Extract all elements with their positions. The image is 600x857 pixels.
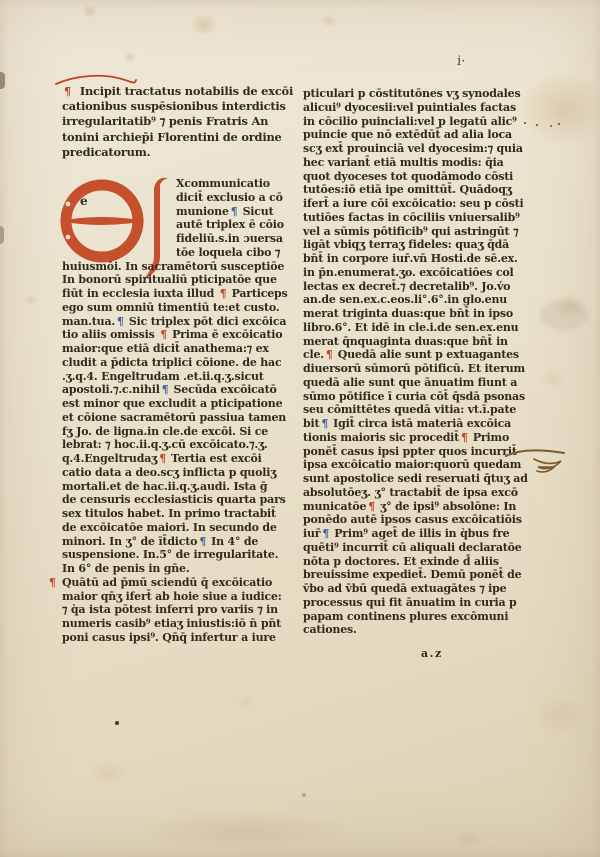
text-line: vel a sūmis pōtificib⁹ qui astringūt ⁊	[303, 225, 565, 239]
quire-signature: a.z	[421, 647, 443, 660]
text-line: an.de sen.ex.c.eos.li°.6°.in glo.enu	[303, 293, 565, 307]
text-line: scʒ ext̄ prouinciā vel dyocesim:⁊ quia	[303, 142, 565, 156]
text-line: huiusmōi. In sacramētorū susceptiōe	[62, 260, 304, 274]
text-line: Xcommunicatio	[176, 177, 304, 191]
text-line: cationibus suspēsionibus interdictis	[62, 99, 304, 114]
text-line: merat q̄nquaginta duas:que bn̄t̄ in	[303, 335, 565, 349]
text-line: fideliū.s.in ɔuersa	[176, 232, 304, 246]
text-line: .ʒ.q.4. Engeltrudam .et.ii.q.ʒ.sicut	[62, 370, 304, 384]
text-line: et cōione sacramētorū passiua tamen	[62, 411, 304, 425]
text-line: quēti⁹ incurrit̄ cū aliquali declaratōe	[303, 541, 565, 555]
text-line: fiūt in ecclesia iuxta illud ¶Particeps	[62, 287, 304, 301]
text-line: libro.6°. Et idē in cle.i.de sen.ex.enu	[303, 321, 565, 335]
pilcrow-blue: ¶	[320, 527, 334, 541]
text-line: dicit̄ exclusio a cō	[176, 191, 304, 205]
foxing-stain	[82, 4, 98, 18]
text-line: tio aliis omissis ¶Prima ē excōicatio	[62, 328, 304, 342]
pilcrow-blue: ¶	[319, 417, 333, 431]
text-line: cle.¶Quedā alie sunt p extuagantes	[303, 348, 565, 362]
pilcrow-red: ¶	[459, 431, 473, 445]
text-line: merat triginta duas:que bn̄t̄ in ipso	[303, 307, 565, 321]
text-line: in cōcilio puinciali:vel p legatū alic⁹	[303, 115, 565, 129]
incipit-heading: ¶ Incipit tractatus notabilis de excōica…	[62, 84, 304, 160]
manuscript-ink-note: i·	[456, 54, 465, 70]
text-line: numeris casib⁹ etiaʒ iniustis:iō n̄ pn̄t	[62, 617, 304, 631]
pilcrow-red: ¶	[366, 500, 380, 514]
text-line: quot dyoceses tot quodāmodo cōsti	[303, 170, 565, 184]
text-line: pticulari p cōstitutōnes vʒ synodales	[303, 87, 565, 101]
foxing-stain	[124, 52, 136, 63]
pilcrow-red: ¶	[218, 287, 232, 301]
pilcrow-blue: ¶	[197, 535, 211, 549]
text-line: alicui⁹ dyocesii:vel puintiales factas	[303, 101, 565, 115]
text-line: est minor que excludit a pticipatione	[62, 397, 304, 411]
text-line: ponēt̄ casus ipsi ppter quos incurrit̄	[303, 445, 565, 459]
right-text-column: pticulari p cōstitutōnes vʒ synodalesali…	[303, 87, 565, 637]
text-line: puincie que nō extēdūt̄ ad alia loca	[303, 128, 565, 142]
text-line: ponēdo autē ipsos casus excōicatiōis	[303, 513, 565, 527]
text-line: ¶ Incipit tractatus notabilis de excōi	[62, 84, 304, 99]
foxing-stain	[138, 810, 353, 852]
text-line: breuissime expediet̄. Demū ponēt̄ de	[303, 568, 565, 582]
text-line: ligāt vbiqʒ terraʒ fideles: quaʒ q̄dā	[303, 238, 565, 252]
foxing-stain	[190, 14, 218, 36]
text-line: in p̄n.enumerat.ʒo. excōicatiōes col	[303, 266, 565, 280]
text-line: poni casus ipsi⁹. Qn̄q̄ infertur a iure	[62, 631, 304, 645]
text-line: lectas ex decret̄.⁊ decretalib⁹. Jo.v́o	[303, 280, 565, 294]
text-line: seu cōmittētes quedā vitia: vt.ī.pate	[303, 403, 565, 417]
text-line: sex titulos habet. In primo tractabit̄	[62, 507, 304, 521]
text-line: ifert̄ a iure cōi excōicatio: seu p cōst…	[303, 197, 565, 211]
text-line: maior qn̄ʒ ifert̄ ab hoie siue a iudice:	[62, 590, 304, 604]
text-line: bn̄t̄ in corpore iur̄.vn̄ Hosti.de sē.ex…	[303, 252, 565, 266]
text-line: ego sum omniū timentiū te:et custo.	[62, 301, 304, 315]
text-line: iur̄¶Prim⁹ aget̄ de illis in q̀bus fre	[303, 527, 565, 541]
ink-speck	[115, 721, 119, 725]
pilcrow-red: ¶	[49, 576, 56, 590]
text-line: hec variant̄ etiā multis modis: q̄ia	[303, 156, 565, 170]
text-line: predicatorum.	[62, 145, 304, 160]
text-line: absolutōeʒ. ʒ° tractabit̄ de ipsa excō	[303, 486, 565, 500]
text-line: minori. In ʒ° de īt̄dicto¶In 4° de	[62, 535, 304, 549]
incunabulum-page: ¶ Incipit tractatus notabilis de excōica…	[0, 0, 600, 857]
text-line: munione¶Sicut	[176, 205, 304, 219]
text-line: tōe loquela cibo ⁊	[176, 246, 304, 260]
text-line: catio data a deo.scʒ inflicta p quoliʒ	[62, 466, 304, 480]
text-line: sunt apostolice sedi reseruati q̄tuʒ ad	[303, 472, 565, 486]
text-line: tonini archiep̄i Florentini de ordine	[62, 130, 304, 145]
text-line: sūmo pōtifice ī curia cōt̄ q̄sdā psonas	[303, 390, 565, 404]
text-line: suspensione. In.5° de irregularitate.	[62, 548, 304, 562]
pilcrow-red: ¶	[324, 348, 338, 362]
foxing-stain	[24, 294, 38, 306]
text-line: maior:que etiā dicit̄ anathema:⁊ ex	[62, 342, 304, 356]
text-line: processus qui fit ānuatim in curia p	[303, 596, 565, 610]
ink-speck	[302, 793, 306, 797]
foxing-stain	[236, 694, 256, 710]
text-line: lebrat: ⁊ hoc.ii.q.ʒ.cū excōicato.⁊.ʒ.	[62, 438, 304, 452]
pilcrow-red: ¶	[158, 328, 172, 342]
text-line: ipsa excōicatio maior:quorū quedam	[303, 458, 565, 472]
pilcrow-blue: ¶	[160, 383, 174, 397]
pilcrow-blue: ¶	[229, 205, 243, 219]
text-line: ⁊ q̀a ista pōtest inferri pro variis ⁊ i…	[62, 603, 304, 617]
text-line: apostoli.⁊.c.nihil¶Secūda excōicatō	[62, 383, 304, 397]
pilcrow-red: ¶	[62, 84, 76, 99]
text-line: fʒ Jo. de ligna.in cle.de excōi. Si ce	[62, 425, 304, 439]
foxing-stain	[86, 760, 130, 788]
foxing-stain	[532, 692, 588, 736]
text-line: tutōes:iō etiā ipe omittūt̄. Quādoqʒ	[303, 183, 565, 197]
text-line: irregularitatib⁹ ⁊ penis Fratris An	[62, 114, 304, 129]
left-column-lines: huiusmōi. In sacramētorū susceptiōeIn bo…	[62, 260, 304, 645]
text-line: nōta p doctores. Et exinde d̄ aliis	[303, 555, 565, 569]
left-text-column: Xcommunicatiodicit̄ exclusio a cōmunione…	[62, 177, 304, 645]
text-line: de censuris ecclesiasticis quarta pars	[62, 493, 304, 507]
text-line: municatōe¶ʒ° de ipsi⁹ absolōne: In	[303, 500, 565, 514]
text-line: cludit a p̄dicta triplici cōione. de hac	[62, 356, 304, 370]
text-line: bit¶Igit̄ circa istā materiā excōica	[303, 417, 565, 431]
foxing-stain	[452, 830, 486, 848]
pilcrow-blue: ¶	[115, 315, 129, 329]
text-line: In bonorū spiritualiū pticipatōe que	[62, 273, 304, 287]
text-line: tutiōes factas in cōciliis vniuersalib⁹	[303, 211, 565, 225]
page-edge-mark	[0, 226, 4, 244]
text-line: de excōicatōe maiori. In secundo de	[62, 521, 304, 535]
pilcrow-red: ¶	[157, 452, 171, 466]
text-line: ¶Quātū ad p̄mū sciendū q̄ excōicatio	[62, 576, 304, 590]
page-edge-mark	[0, 72, 5, 89]
text-line: diuersorū sūmorū pōtificū. Et iterum	[303, 362, 565, 376]
text-line: q.4.Engeltrudaʒ¶Tertia est excōi	[62, 452, 304, 466]
text-line: tionis maioris sic procedit̄¶Primo	[303, 431, 565, 445]
text-line: man.tua.¶Sic triplex pōt dici excōica	[62, 315, 304, 329]
text-line: quedā alie sunt que ānuatim fiunt a	[303, 376, 565, 390]
text-line: mortali.et de hac.ii.q.ʒ.audi. Ista ḡ	[62, 480, 304, 494]
text-line: In 6° de penis in gn̄e.	[62, 562, 304, 576]
initial-side-lines: Xcommunicatiodicit̄ exclusio a cōmunione…	[176, 177, 304, 260]
text-line: cationes.	[303, 623, 565, 637]
text-line: papam continens plures excōmuni	[303, 610, 565, 624]
foxing-stain	[320, 14, 338, 28]
text-line: autē triplex ē cōio	[176, 218, 304, 232]
text-line: v̄bo ad v̄bū quedā extuagātes ⁊ ipe	[303, 582, 565, 596]
